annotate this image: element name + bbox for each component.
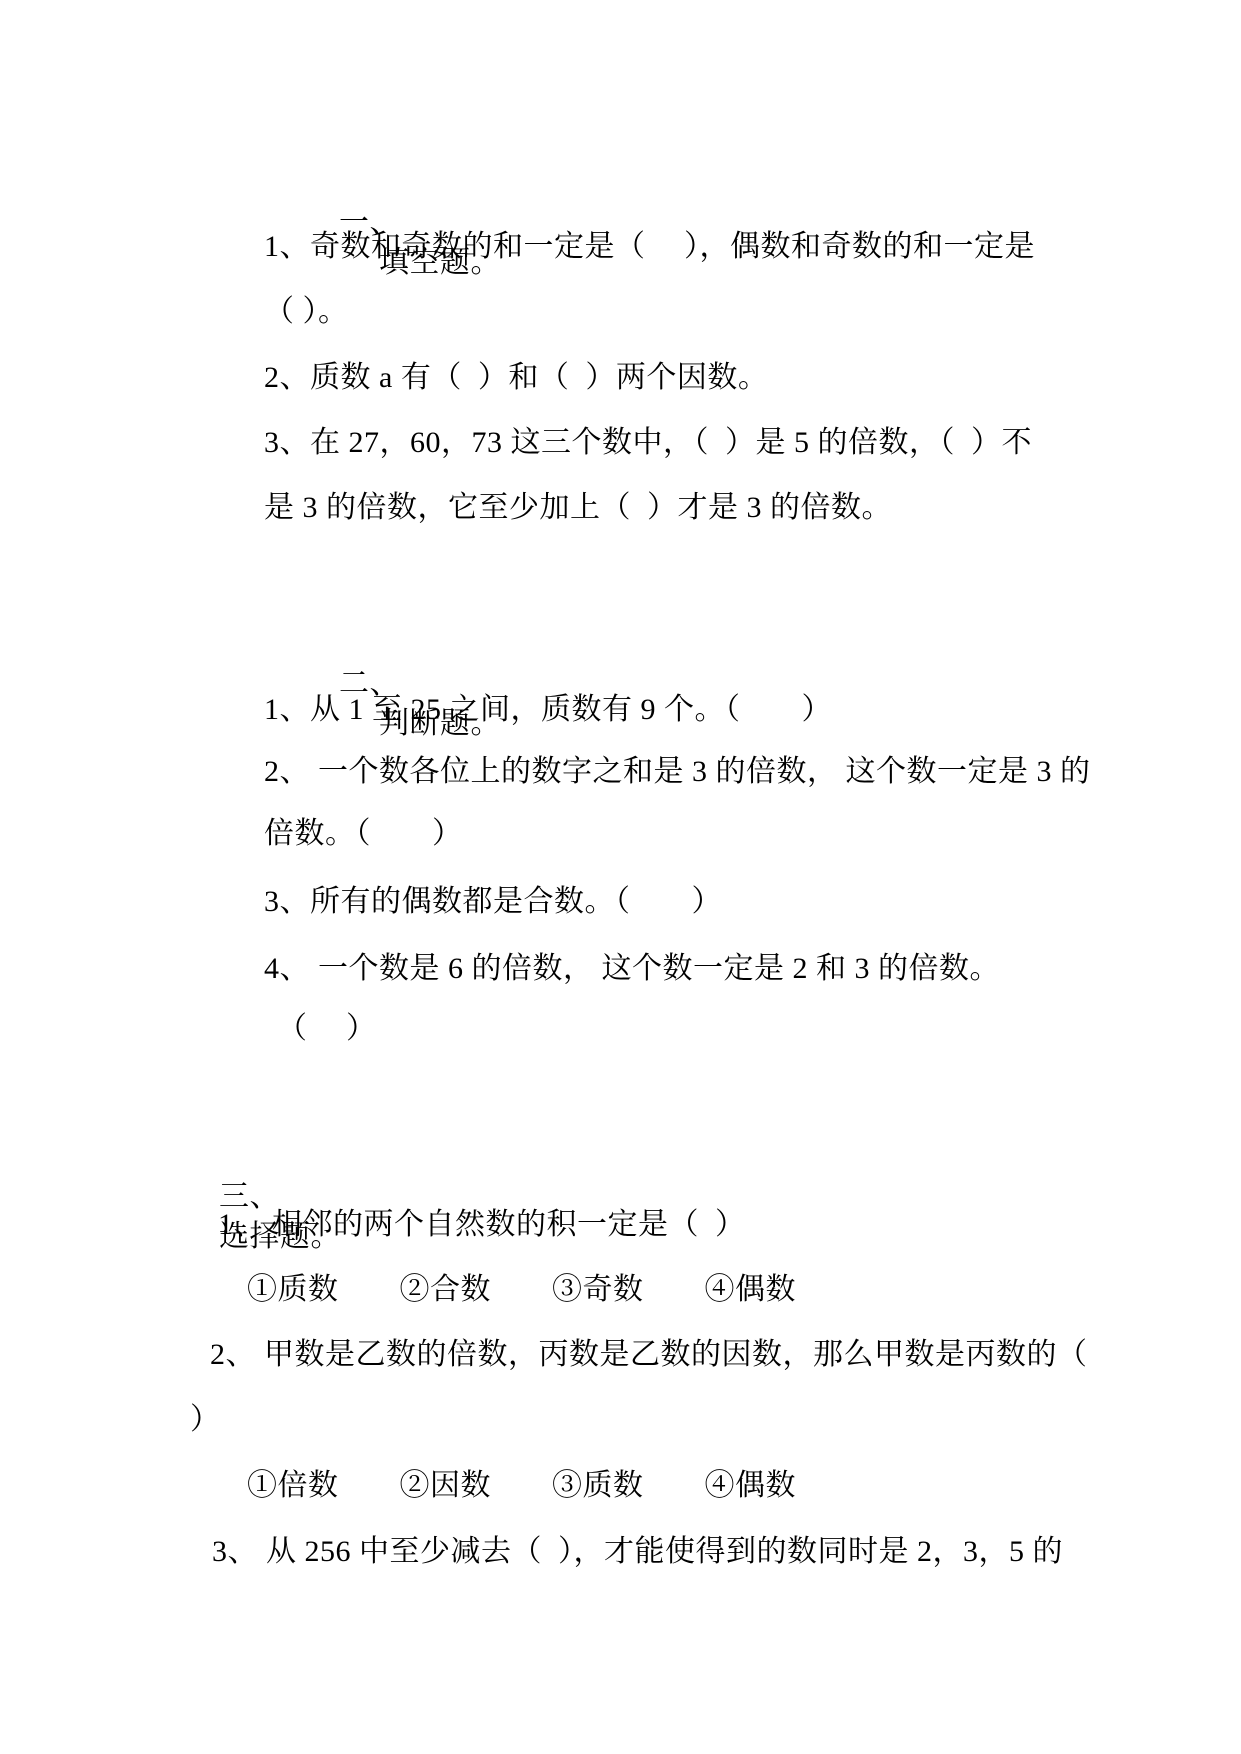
section3-question1-options: ①质数 ②合数 ③奇数 ④偶数 xyxy=(247,1270,796,1310)
worksheet-page: 一、 填空题。 1、奇数和奇数的和一定是（ ），偶数和奇数的和一定是 （ ）。 … xyxy=(0,0,1241,1754)
section3-question2-line1: 2、 甲数是乙数的倍数，丙数是乙数的因数，那么甲数是丙数的（ xyxy=(210,1335,1088,1375)
section2-question4-line1: 4、 一个数是 6 的倍数， 这个数一定是 2 和 3 的倍数。 xyxy=(264,949,1000,989)
section1-question3-line1: 3、在 27，60，73 这三个数中，（ ）是 5 的倍数，（ ）不 xyxy=(264,423,1032,463)
section3-question2-line2: ） xyxy=(190,1400,221,1440)
section3-question1-line1: 1、 相邻的两个自然数的积一定是（ ） xyxy=(218,1205,746,1245)
section1-question1-line2: （ ）。 xyxy=(264,292,349,332)
section2-question4-line2: （ ） xyxy=(277,1009,377,1049)
section1-question3-line2: 是 3 的倍数，它至少加上（ ）才是 3 的倍数。 xyxy=(264,488,892,528)
section2-question2-line2: 倍数。（ ） xyxy=(264,814,463,854)
section1-question2-line1: 2、质数 a 有（ ）和（ ）两个因数。 xyxy=(264,358,768,398)
section2-question3-line1: 3、所有的偶数都是合数。（ ） xyxy=(264,882,722,922)
section3-question2-options: ①倍数 ②因数 ③质数 ④偶数 xyxy=(247,1466,796,1506)
section2-question2-line1: 2、 一个数各位上的数字之和是 3 的倍数， 这个数一定是 3 的 xyxy=(264,752,1091,792)
section2-question1-line1: 1、从 1 至 25 之间，质数有 9 个。（ ） xyxy=(264,690,832,730)
section1-question1-line1: 1、奇数和奇数的和一定是（ ），偶数和奇数的和一定是 xyxy=(264,227,1035,267)
section3-question3-line1: 3、 从 256 中至少减去（ ），才能使得到的数同时是 2，3，5 的 xyxy=(212,1532,1063,1572)
